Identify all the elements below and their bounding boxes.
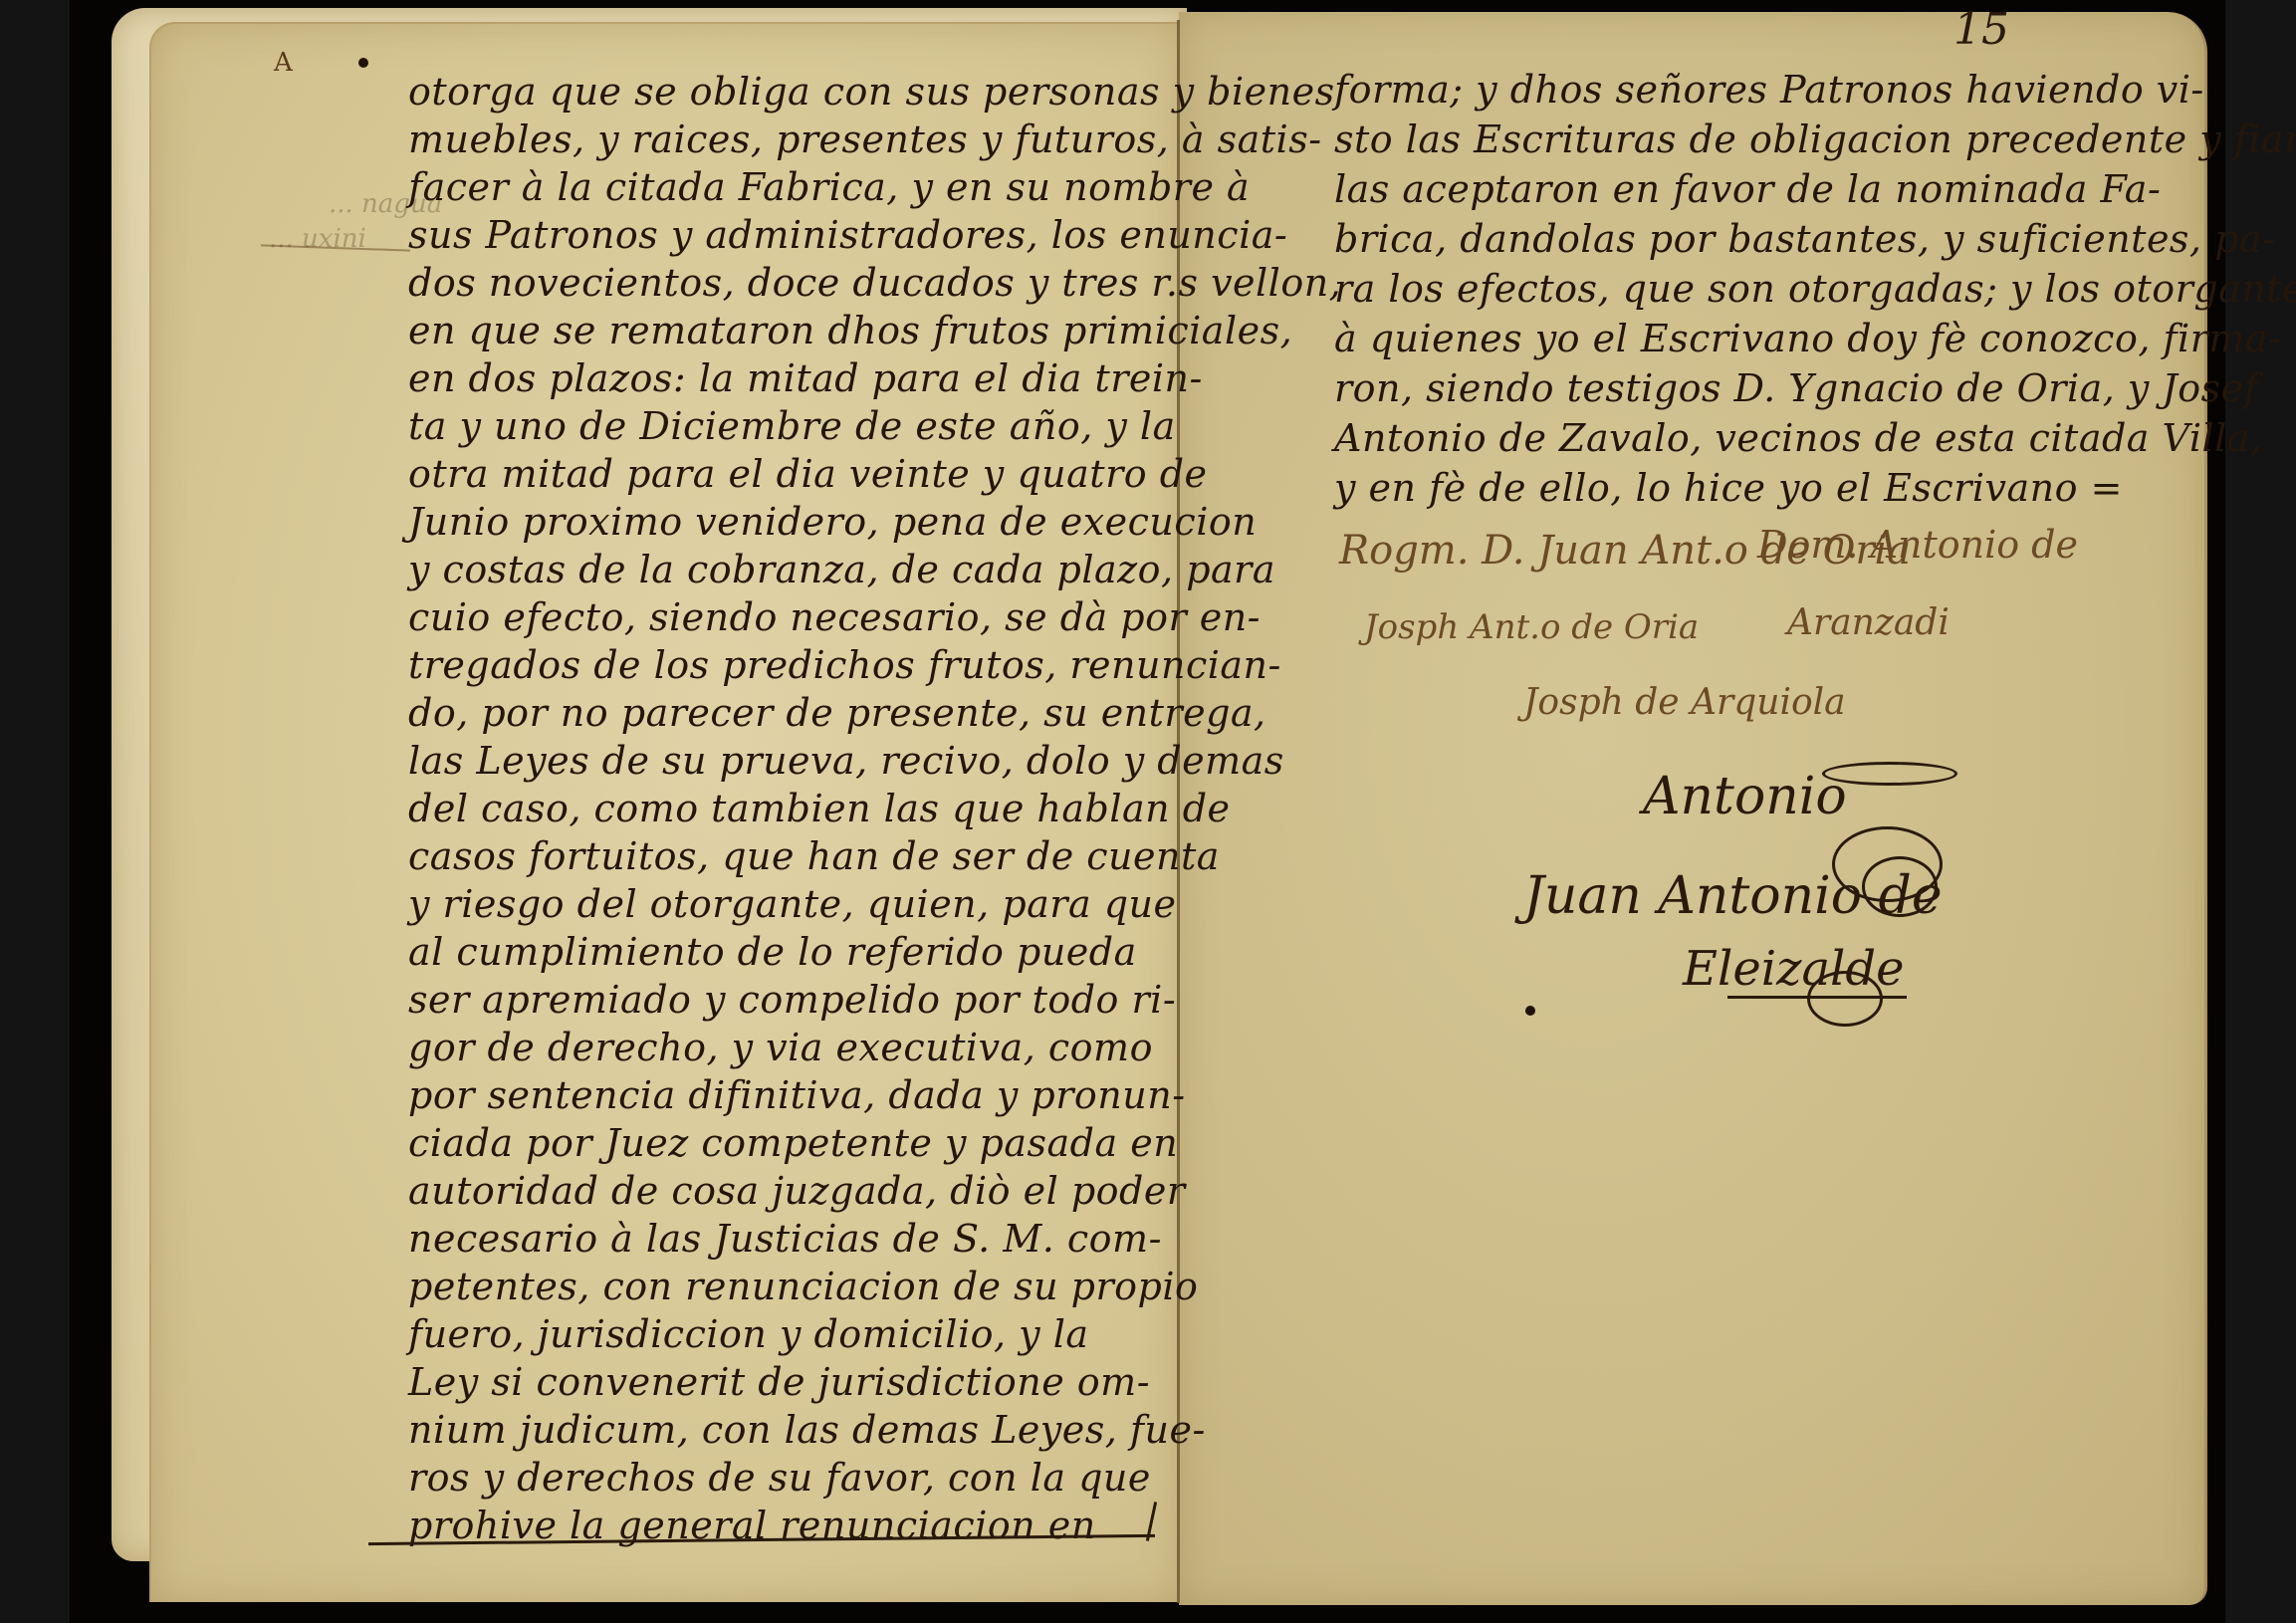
- signature-arquiola: Josph de Arquiola: [1523, 682, 1846, 723]
- text-line: do, por no parecer de presente, su entre…: [408, 691, 1266, 735]
- text-line: sto las Escrituras de obligacion precede…: [1334, 117, 2296, 161]
- text-line: ra los efectos, que son otorgadas; y los…: [1334, 267, 2296, 311]
- text-line: ron, siendo testigos D. Ygnacio de Oria,…: [1334, 366, 2258, 410]
- text-line: del caso, como tambien las que hablan de: [408, 787, 1231, 830]
- text-line: ros y derechos de su favor, con la que: [408, 1456, 1151, 1500]
- text-line: facer à la citada Fabrica, y en su nombr…: [408, 165, 1250, 209]
- text-line: otra mitad para el dia veinte y quatro d…: [408, 452, 1208, 496]
- text-line: Antonio de Zavalo, vecinos de esta citad…: [1334, 416, 2263, 460]
- text-line: ser apremiado y compelido por todo ri-: [408, 978, 1176, 1022]
- text-line: brica, dandolas por bastantes, y suficie…: [1334, 217, 2275, 261]
- text-line: Junio proximo venidero, pena de execucio…: [408, 500, 1257, 544]
- text-line: cuio efecto, siendo necesario, se dà por…: [408, 595, 1261, 639]
- signature-flourish: [1862, 856, 1938, 917]
- signature-flourish: [1807, 971, 1883, 1027]
- text-line: por sentencia difinitiva, dada y pronun-: [408, 1073, 1186, 1117]
- ink-blot: [358, 58, 368, 68]
- text-line: en dos plazos: la mitad para el dia trei…: [408, 356, 1203, 400]
- text-line: gor de derecho, y via executiva, como: [408, 1026, 1153, 1069]
- text-line: dos novecientos, doce ducados y tres r.s…: [408, 261, 1341, 305]
- text-line: à quienes yo el Escrivano doy fè conozco…: [1334, 317, 2281, 360]
- text-line: Ley si convenerit de jurisdictione om-: [408, 1360, 1150, 1404]
- text-line: las Leyes de su prueva, recivo, dolo y d…: [408, 739, 1284, 783]
- text-line: necesario à las Justicias de S. M. com-: [408, 1217, 1162, 1261]
- folio-number: 15: [1953, 4, 2009, 55]
- signature-aranzadi: Aranzadi: [1787, 602, 1950, 643]
- text-line: tregados de los predichos frutos, renunc…: [408, 643, 1281, 687]
- text-line: forma; y dhos señores Patronos haviendo …: [1334, 68, 2204, 112]
- text-line: y costas de la cobranza, de cada plazo, …: [408, 548, 1275, 591]
- text-line: y riesgo del otorgante, quien, para que: [408, 882, 1176, 926]
- text-line: y en fè de ello, lo hice yo el Escrivano…: [1334, 466, 2123, 510]
- rubric-flourish: [1822, 762, 1957, 786]
- signature-josph-antonio-oria: Josph Ant.o de Oria: [1364, 607, 1699, 647]
- text-line: autoridad de cosa juzgada, diò el poder: [408, 1169, 1186, 1213]
- text-line: ta y uno de Diciembre de este año, y la: [408, 404, 1176, 448]
- text-line: muebles, y raices, presentes y futuros, …: [408, 117, 1322, 161]
- notary-rubric: Antonio: [1643, 767, 1847, 826]
- margin-mark: A: [274, 48, 293, 78]
- text-line: nium judicum, con las demas Leyes, fue-: [408, 1408, 1206, 1452]
- text-line: fuero, jurisdiccion y domicilio, y la: [408, 1312, 1089, 1356]
- text-line: ciada por Juez competente y pasada en: [408, 1121, 1178, 1165]
- text-line: petentes, con renunciacion de su propio: [408, 1265, 1198, 1308]
- text-line: en que se remataron dhos frutos primicia…: [408, 309, 1292, 352]
- text-line: sus Patronos y administradores, los enun…: [408, 213, 1287, 257]
- text-line: otorga que se obliga con sus personas y …: [408, 70, 1335, 114]
- text-line: al cumplimiento de lo referido pueda: [408, 930, 1137, 974]
- ink-dot: [1525, 1006, 1535, 1016]
- text-line: casos fortuitos, que han de ser de cuent…: [408, 834, 1220, 878]
- signature-antonio-de: Dom. Antonio de: [1757, 523, 2078, 567]
- text-line: las aceptaron en favor de la nominada Fa…: [1334, 167, 2161, 211]
